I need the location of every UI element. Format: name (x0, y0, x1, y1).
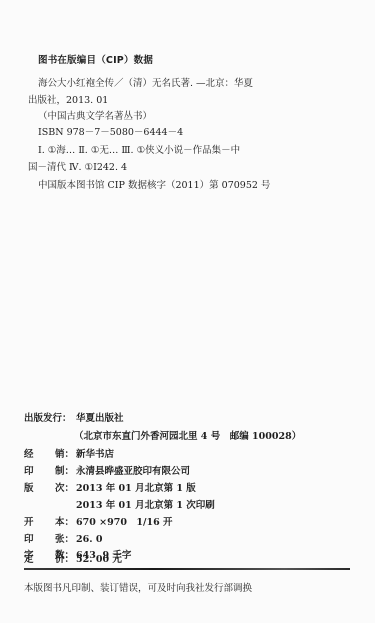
cip-title-line: 海公大小红袍全传／（清）无名氏著. —北京：华夏 (38, 78, 253, 90)
imprint-value: （北京市东直门外香河园北里 4 号 邮编 100028） (74, 431, 301, 443)
imprint-label: 张： (55, 534, 74, 546)
imprint-label: 本： (55, 517, 74, 529)
replacement-notice: 本版图书凡印制、装订错误，可及时向我社发行部调换 (24, 580, 252, 594)
imprint-label: 版 (24, 483, 34, 495)
imprint-label: 次： (55, 483, 74, 495)
imprint-label: 开 (24, 517, 34, 529)
cip-classification-line: Ⅰ. ①海… Ⅱ. ①无… Ⅲ. ①侠义小说－作品集－中 (38, 145, 240, 157)
imprint-value: 永清县晔盛亚胶印有限公司 (76, 466, 190, 478)
imprint-label: 价： (55, 554, 74, 566)
imprint-value: 2013 年 01 月北京第 1 次印刷 (76, 500, 215, 512)
imprint-label: 出版发行： (24, 413, 72, 425)
imprint-label: 销： (55, 449, 74, 461)
imprint-value: 26. 0 (76, 534, 102, 546)
imprint-label: 经 (24, 449, 34, 461)
cip-classification-line-cont: 国－清代 Ⅳ. ①I242. 4 (28, 162, 127, 174)
cip-publisher-line: 出版社，2013. 01 (28, 95, 108, 107)
imprint-label: 印 (24, 466, 34, 478)
imprint-value: 52. 00 元 (76, 554, 122, 566)
cip-record-number: 中国版本图书馆 CIP 数据核字（2011）第 070952 号 (38, 180, 270, 192)
cip-series-line: （中国古典文学名著丛书） (38, 111, 152, 123)
imprint-label: 印 (24, 534, 34, 546)
imprint-label: 制： (55, 466, 74, 478)
imprint-value: 华夏出版社 (76, 413, 124, 425)
imprint-value: 2013 年 01 月北京第 1 版 (76, 483, 196, 495)
imprint-value: 新华书店 (76, 449, 114, 461)
imprint-value: 670 ×970 1/16 开 (76, 517, 173, 529)
cip-isbn-line: ISBN 978－7－5080－6444－4 (38, 127, 183, 139)
separator-rule (24, 568, 350, 570)
cip-heading: 图书在版编目（CIP）数据 (38, 52, 153, 66)
imprint-label: 定 (24, 554, 34, 566)
